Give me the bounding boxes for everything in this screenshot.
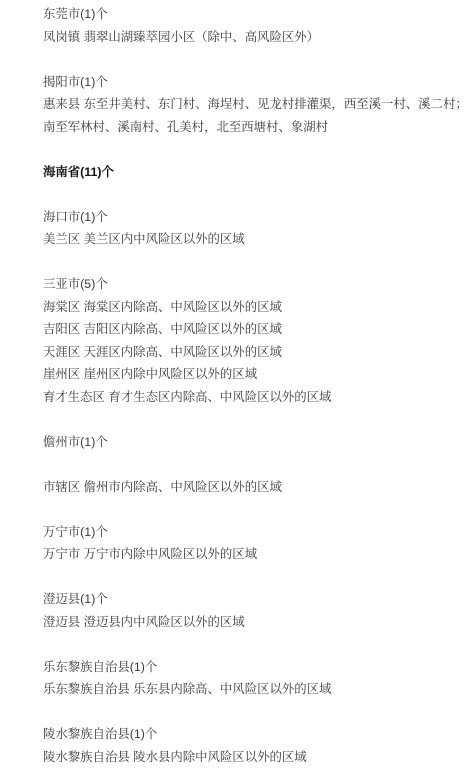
blank-line <box>43 183 468 206</box>
city-count-line: 揭阳市(1)个 <box>43 71 468 94</box>
area-detail-line: 吉阳区 吉阳区内除高、中风险区以外的区域 <box>43 318 468 341</box>
area-detail-line: 万宁市 万宁市内除中风险区以外的区域 <box>43 543 468 566</box>
risk-area-line-list: 东莞市(1)个凤岗镇 翡翠山湖臻萃园小区（除中、高风险区外）揭阳市(1)个惠来县… <box>43 3 468 768</box>
area-detail-line: 南至军林村、溪南村、孔美村，北至西塘村、象湖村 <box>43 116 468 139</box>
area-detail-line: 天涯区 天涯区内除高、中风险区以外的区域 <box>43 341 468 364</box>
blank-line <box>43 251 468 274</box>
province-heading: 海南省(11)个 <box>43 161 468 184</box>
city-count-line: 海口市(1)个 <box>43 206 468 229</box>
blank-line <box>43 138 468 161</box>
blank-line <box>43 408 468 431</box>
blank-line <box>43 566 468 589</box>
area-detail-line: 澄迈县 澄迈县内中风险区以外的区域 <box>43 611 468 634</box>
city-count-line: 澄迈县(1)个 <box>43 588 468 611</box>
area-detail-line: 陵水黎族自治县 陵水县内除中风险区以外的区域 <box>43 746 468 769</box>
blank-line <box>43 701 468 724</box>
blank-line <box>43 453 468 476</box>
area-detail-line: 乐东黎族自治县 乐东县内除高、中风险区以外的区域 <box>43 678 468 701</box>
city-count-line: 陵水黎族自治县(1)个 <box>43 723 468 746</box>
risk-area-document: 东莞市(1)个凤岗镇 翡翠山湖臻萃园小区（除中、高风险区外）揭阳市(1)个惠来县… <box>0 0 470 777</box>
area-detail-line: 凤岗镇 翡翠山湖臻萃园小区（除中、高风险区外） <box>43 26 468 49</box>
blank-line <box>43 498 468 521</box>
area-detail-line: 育才生态区 育才生态区内除高、中风险区以外的区域 <box>43 386 468 409</box>
city-count-line: 万宁市(1)个 <box>43 521 468 544</box>
area-detail-line: 崖州区 崖州区内除中风险区以外的区域 <box>43 363 468 386</box>
city-count-line: 东莞市(1)个 <box>43 3 468 26</box>
area-detail-line: 市辖区 儋州市内除高、中风险区以外的区域 <box>43 476 468 499</box>
blank-line <box>43 48 468 71</box>
area-detail-line: 惠来县 东至井美村、东门村、海埕村、见龙村排灌渠，西至溪一村、溪二村； <box>43 93 468 116</box>
city-count-line: 三亚市(5)个 <box>43 273 468 296</box>
area-detail-line: 美兰区 美兰区内中风险区以外的区域 <box>43 228 468 251</box>
city-count-line: 乐东黎族自治县(1)个 <box>43 656 468 679</box>
area-detail-line: 海棠区 海棠区内除高、中风险区以外的区域 <box>43 296 468 319</box>
city-count-line: 儋州市(1)个 <box>43 431 468 454</box>
blank-line <box>43 633 468 656</box>
